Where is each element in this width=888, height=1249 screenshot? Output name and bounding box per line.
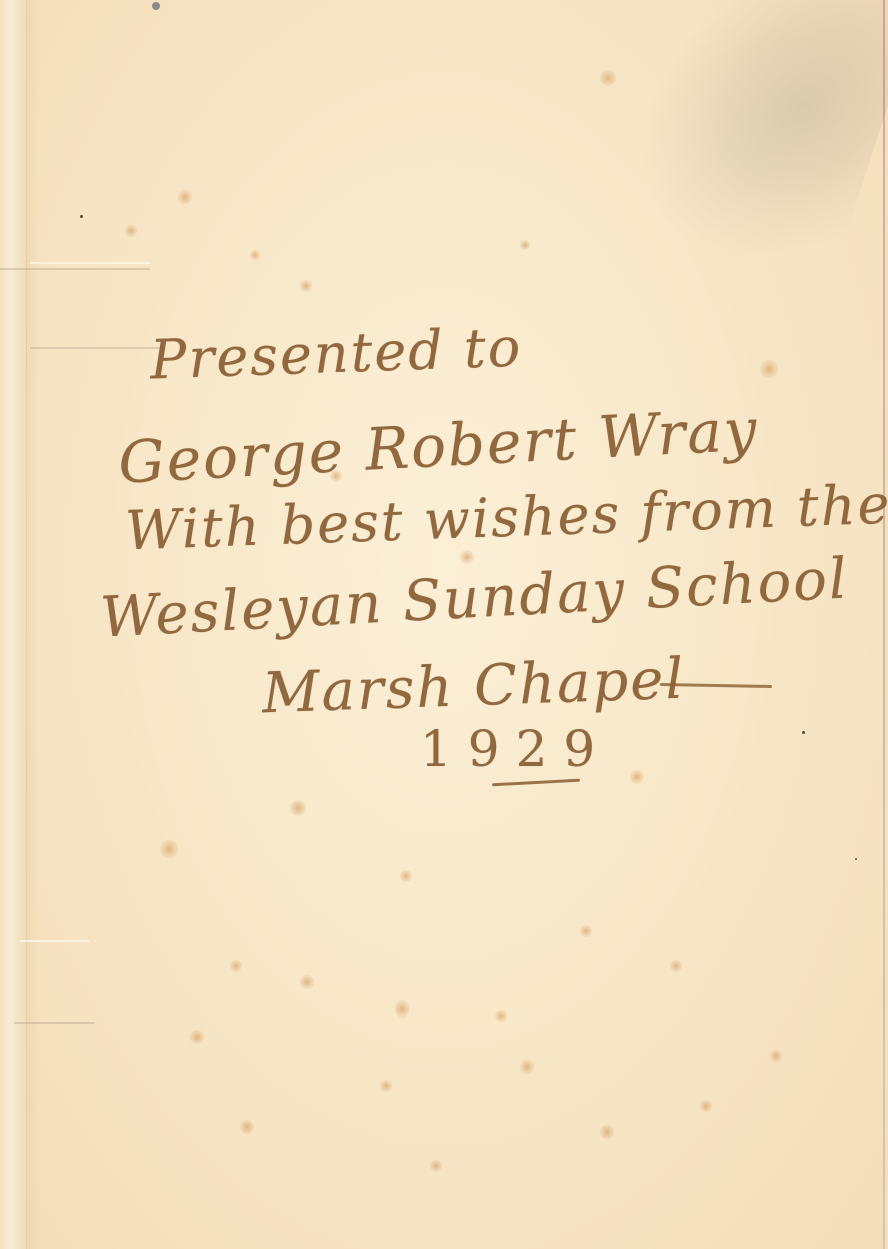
year-underline xyxy=(492,779,580,787)
handwritten-inscription: Presented to George Robert Wray With bes… xyxy=(0,0,888,1249)
inscription-page: Presented to George Robert Wray With bes… xyxy=(0,0,888,1249)
inscription-line-place: Marsh Chapel xyxy=(261,647,686,727)
inscription-line-year: 1929 xyxy=(420,720,611,778)
inscription-line-school: Wesleyan Sunday School xyxy=(99,546,851,650)
inscription-line-presented: Presented to xyxy=(149,316,523,392)
